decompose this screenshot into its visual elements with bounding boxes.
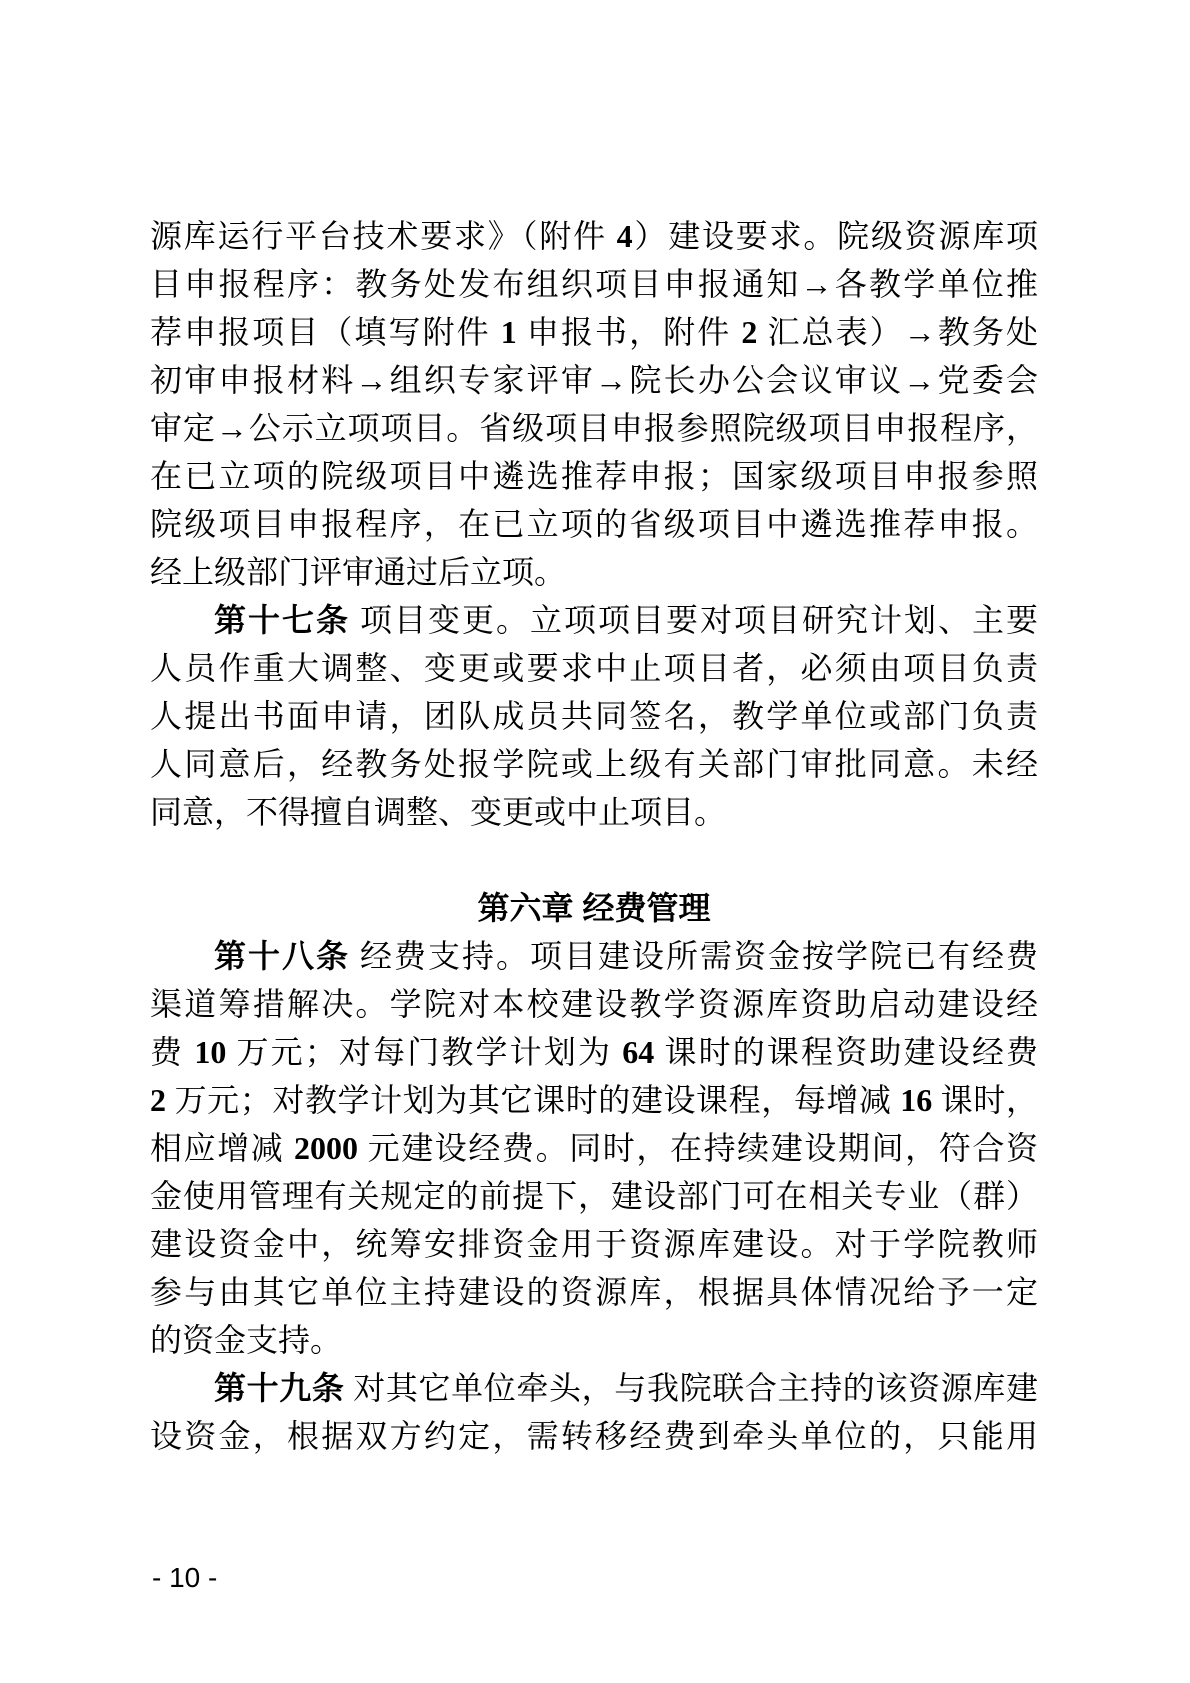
text-segment: 设资金，根据双方约定，需转移经费到牵头单位的，只能用 [150,1418,1038,1454]
bold-number-text: 1 [501,314,517,350]
body-line: 人同意后，经教务处报学院或上级有关部门审批同意。未经 [150,740,1038,788]
document-page: 源库运行平台技术要求》（附件 4）建设要求。院级资源库项目申报程序：教务处发布组… [0,0,1190,1683]
text-segment: 经上级部门评审通过后立项。 [150,554,566,590]
text-block: 源库运行平台技术要求》（附件 4）建设要求。院级资源库项目申报程序：教务处发布组… [150,212,1038,1460]
body-line: 费 10 万元；对每门教学计划为 64 课时的课程资助建设经费 [150,1028,1038,1076]
body-line: 金使用管理有关规定的前提下，建设部门可在相关专业（群） [150,1172,1038,1220]
text-segment: 对其它单位牵头，与我院联合主持的该资源库建 [345,1370,1038,1406]
body-line: 目申报程序：教务处发布组织项目申报通知→各教学单位推 [150,260,1038,308]
text-segment: 在已立项的院级项目中遴选推荐申报；国家级项目申报参照 [150,458,1038,494]
body-line: 参与由其它单位主持建设的资源库，根据具体情况给予一定 [150,1268,1038,1316]
bold-heading-text: 第六章 经费管理 [478,890,711,926]
text-segment: 荐申报项目（填写附件 [150,314,501,350]
text-segment: 审定→公示立项项目。省级项目申报参照院级项目申报程序， [150,410,1038,446]
text-segment: 同意，不得擅自调整、变更或中止项目。 [150,794,726,830]
body-line: 的资金支持。 [150,1316,1038,1364]
text-segment: 费 [150,1034,194,1070]
text-segment: 课时， [932,1082,1038,1118]
bold-heading-text: 第十七条 [214,602,350,638]
body-line: 渠道筹措解决。学院对本校建设教学资源库资助启动建设经 [150,980,1038,1028]
text-segment: 万元；对每门教学计划为 [226,1034,622,1070]
body-line: 人员作重大调整、变更或要求中止项目者，必须由项目负责 [150,644,1038,692]
text-segment: 人员作重大调整、变更或要求中止项目者，必须由项目负责 [150,650,1038,686]
text-segment: 人同意后，经教务处报学院或上级有关部门审批同意。未经 [150,746,1038,782]
text-segment: 经费支持。项目建设所需资金按学院已有经费 [350,938,1038,974]
text-segment: 的资金支持。 [150,1322,342,1358]
body-line: 设资金，根据双方约定，需转移经费到牵头单位的，只能用 [150,1412,1038,1460]
text-segment: 金使用管理有关规定的前提下，建设部门可在相关专业（群） [150,1178,1038,1214]
body-line: 荐申报项目（填写附件 1 申报书，附件 2 汇总表）→教务处 [150,308,1038,356]
bold-number-text: 4 [617,218,633,254]
body-line: 源库运行平台技术要求》（附件 4）建设要求。院级资源库项 [150,212,1038,260]
bold-number-text: 2 [150,1082,166,1118]
bold-heading-text: 第十九条 [214,1370,345,1406]
body-line: 初审申报材料→组织专家评审→院长办公会议审议→党委会 [150,356,1038,404]
text-segment: 汇总表）→教务处 [757,314,1038,350]
body-line: 人提出书面申请，团队成员共同签名，教学单位或部门负责 [150,692,1038,740]
bold-number-text: 64 [622,1034,654,1070]
text-segment: 渠道筹措解决。学院对本校建设教学资源库资助启动建设经 [150,986,1038,1022]
text-segment: ）建设要求。院级资源库项 [633,218,1038,254]
body-line: 院级项目申报程序，在已立项的省级项目中遴选推荐申报。 [150,500,1038,548]
page-number: - 10 - [152,1558,217,1598]
text-segment: 万元；对教学计划为其它课时的建设课程，每增减 [166,1082,900,1118]
article-17-line: 第十七条 项目变更。立项项目要对项目研究计划、主要 [150,596,1038,644]
text-segment: 建设资金中，统筹安排资金用于资源库建设。对于学院教师 [150,1226,1038,1262]
bold-number-text: 10 [194,1034,226,1070]
text-segment: 参与由其它单位主持建设的资源库，根据具体情况给予一定 [150,1274,1038,1310]
body-line: 建设资金中，统筹安排资金用于资源库建设。对于学院教师 [150,1220,1038,1268]
bold-number-text: 2000 [294,1130,358,1166]
text-segment: 申报书，附件 [517,314,742,350]
bold-number-text: 16 [900,1082,932,1118]
text-segment: 课时的课程资助建设经费 [654,1034,1038,1070]
article-18-line: 第十八条 经费支持。项目建设所需资金按学院已有经费 [150,932,1038,980]
body-line: 相应增减 2000 元建设经费。同时，在持续建设期间，符合资 [150,1124,1038,1172]
text-segment: 初审申报材料→组织专家评审→院长办公会议审议→党委会 [150,362,1038,398]
chapter-heading: 第六章 经费管理 [150,884,1038,932]
text-segment: 人提出书面申请，团队成员共同签名，教学单位或部门负责 [150,698,1038,734]
text-segment: 相应增减 [150,1130,294,1166]
text-segment: 项目变更。立项项目要对项目研究计划、主要 [350,602,1038,638]
body-line: 审定→公示立项项目。省级项目申报参照院级项目申报程序， [150,404,1038,452]
text-segment: 源库运行平台技术要求》（附件 [150,218,617,254]
body-line: 在已立项的院级项目中遴选推荐申报；国家级项目申报参照 [150,452,1038,500]
body-line: 同意，不得擅自调整、变更或中止项目。 [150,788,1038,836]
bold-number-text: 2 [741,314,757,350]
article-19-line: 第十九条 对其它单位牵头，与我院联合主持的该资源库建 [150,1364,1038,1412]
body-line: 2 万元；对教学计划为其它课时的建设课程，每增减 16 课时， [150,1076,1038,1124]
text-segment: 院级项目申报程序，在已立项的省级项目中遴选推荐申报。 [150,506,1038,542]
text-segment: 目申报程序：教务处发布组织项目申报通知→各教学单位推 [150,266,1038,302]
body-line: 经上级部门评审通过后立项。 [150,548,1038,596]
spacer-line [150,836,1038,884]
text-segment: 元建设经费。同时，在持续建设期间，符合资 [358,1130,1038,1166]
bold-heading-text: 第十八条 [214,938,350,974]
